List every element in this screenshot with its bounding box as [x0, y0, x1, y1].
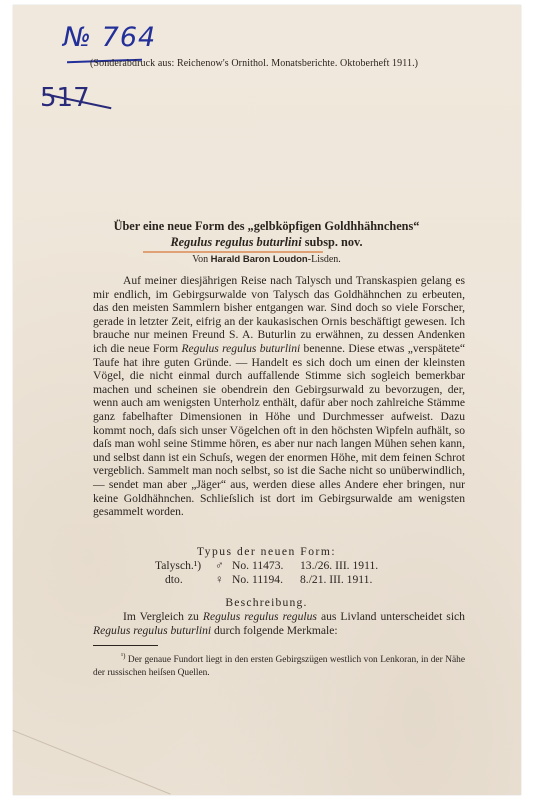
species-name: Regulus regulus buturlini — [170, 235, 301, 249]
article-title: Über eine neue Form des „gelbköpfigen Go… — [0, 219, 533, 234]
male-symbol-icon: ♂ — [215, 559, 224, 572]
author-prefix: Von — [192, 254, 210, 265]
female-symbol-icon: ♀ — [215, 573, 224, 586]
author-name: Harald Baron Loudon — [211, 254, 308, 265]
footnote: ¹) Der genaue Fundort liegt in den erste… — [93, 650, 465, 679]
typus-date: 13./26. III. 1911. — [300, 559, 378, 572]
subtitle-suffix: subsp. nov. — [302, 235, 363, 249]
article-body: Auf meiner diesjährigen Reise nach Talys… — [93, 274, 465, 519]
author-suffix: -Lisden. — [308, 254, 341, 265]
author-line: Von Harald Baron Loudon-Lisden. — [0, 254, 533, 265]
description-heading: Beschreibung. — [0, 596, 533, 609]
handwritten-catalog-number: № 764 — [63, 22, 156, 53]
source-reference: (Sonderabdruck aus: Reichenow's Ornithol… — [90, 58, 418, 69]
typus-locality: Talysch.¹) — [155, 559, 201, 572]
body-paragraph: Auf meiner diesjährigen Reise nach Talys… — [93, 274, 465, 519]
description-paragraph: Im Vergleich zu Regulus regulus regulus … — [93, 610, 465, 637]
article-subtitle: Regulus regulus buturlini subsp. nov. — [0, 235, 533, 250]
typus-number: No. 11473. — [232, 559, 283, 572]
paper-crease — [13, 730, 171, 795]
footnote-rule — [93, 645, 158, 646]
orange-pencil-underline — [143, 251, 323, 253]
description-text: Im Vergleich zu Regulus regulus regulus … — [93, 610, 465, 637]
typus-number: No. 11194. — [232, 573, 283, 586]
footnote-text: Der genaue Fundort liegt in den ersten G… — [93, 655, 465, 678]
typus-heading: Typus der neuen Form: — [0, 545, 533, 558]
typus-locality: dto. — [165, 573, 183, 586]
typus-date: 8./21. III. 1911. — [300, 573, 372, 586]
footnote-paragraph: ¹) Der genaue Fundort liegt in den erste… — [93, 650, 465, 679]
